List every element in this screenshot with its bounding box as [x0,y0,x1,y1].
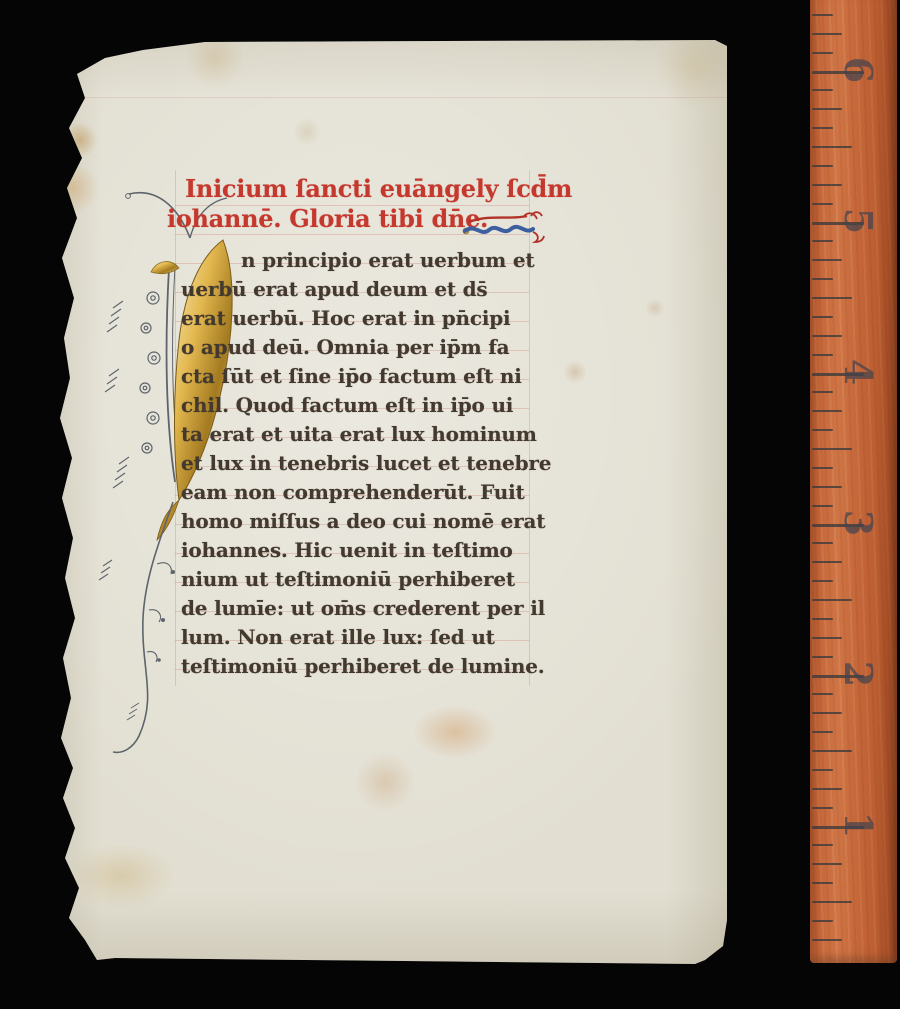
body-line: homo miſſus a deo cui nomē erat [181,507,545,536]
body-text-block: n principio erat uerbum et uerbū erat ap… [181,246,545,681]
manuscript-leaf: I [55,40,727,964]
body-line: cta ſūt et ſine ip̄o factum eſt ni [181,362,545,391]
rubric-line-2: iohannē. Gloria tibi dn̄e. [167,204,587,234]
rubric: Inicium ſancti euāngely ſcd̄m iohannē. G… [167,174,587,234]
body-line: o apud deū. Omnia per ip̄m fa [181,333,545,362]
body-line: erat uerbū. Hoc erat in pn̄cipi [181,304,545,333]
body-line: ta erat et uita erat lux hominum [181,420,545,449]
ruler-number-5: 5 [838,199,878,243]
ruling-left-margin [175,170,176,686]
body-line: n principio erat uerbum et [181,246,545,275]
photo-background: I [0,0,900,1009]
rubric-line-1: Inicium ſancti euāngely ſcd̄m [185,174,587,204]
body-line: teſtimoniū perhiberet de lumine. [181,652,545,681]
ruler: 6 5 4 3 2 1 [810,0,897,963]
ruler-number-2: 2 [838,652,878,696]
ruling-top-line [55,97,727,98]
body-line: chil. Quod factum eſt in ip̄o ui [181,391,545,420]
body-line: eam non comprehenderūt. Fuit [181,478,545,507]
body-line: iohannes. Hic uenit in teſtimo [181,536,545,565]
body-line: de lumīe: ut om̄s crederent per il [181,594,545,623]
ruler-number-6: 6 [838,48,878,92]
body-line: nium ut teſtimoniū perhiberet [181,565,545,594]
body-line: uerbū erat apud deum et ds̄ [181,275,545,304]
ruler-number-3: 3 [838,501,878,545]
ruler-number-1: 1 [838,803,878,847]
ruler-number-4: 4 [838,350,878,394]
body-line: et lux in tenebris lucet et tenebre [181,449,545,478]
body-line: lum. Non erat ille lux: ſed ut [181,623,545,652]
